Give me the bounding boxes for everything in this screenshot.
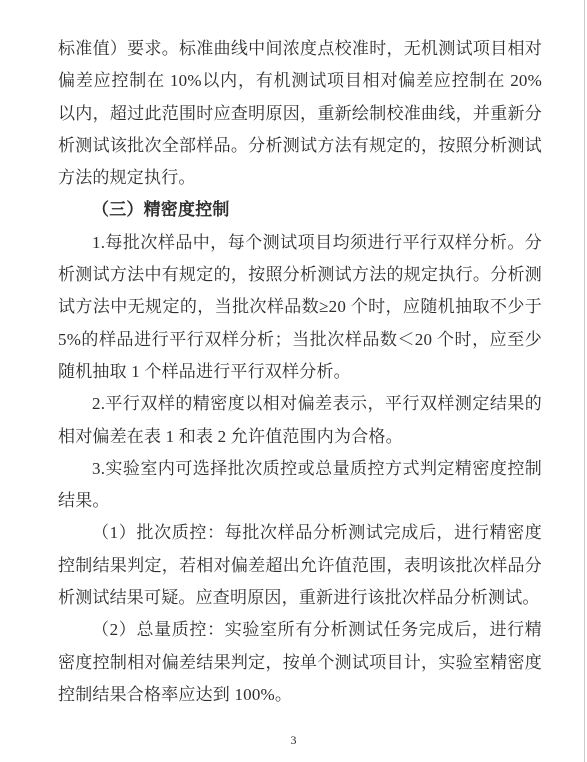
paragraph: 1.每批次样品中，每个测试项目均须进行平行双样分析。分析测试方法中有规定的，按照… bbox=[58, 227, 542, 388]
paragraph: 2.平行双样的精密度以相对偏差表示，平行双样测定结果的相对偏差在表 1 和表 2… bbox=[58, 388, 542, 453]
document-page: 标准值）要求。标准曲线中间浓度点校准时，无机测试项目相对偏差应控制在 10%以内… bbox=[0, 0, 587, 762]
document-body: 标准值）要求。标准曲线中间浓度点校准时，无机测试项目相对偏差应控制在 10%以内… bbox=[58, 33, 542, 711]
scan-edge-line bbox=[584, 0, 585, 762]
paragraph-continuation: 标准值）要求。标准曲线中间浓度点校准时，无机测试项目相对偏差应控制在 10%以内… bbox=[58, 33, 542, 194]
section-heading: （三）精密度控制 bbox=[58, 194, 542, 226]
paragraph: 3.实验室内可选择批次质控或总量质控方式判定精密度控制结果。 bbox=[58, 453, 542, 518]
paragraph: （2）总量质控：实验室所有分析测试任务完成后，进行精密度控制相对偏差结果判定，按… bbox=[58, 614, 542, 711]
paragraph: （1）批次质控：每批次样品分析测试完成后，进行精密度控制结果判定，若相对偏差超出… bbox=[58, 517, 542, 614]
page-number: 3 bbox=[0, 733, 587, 748]
